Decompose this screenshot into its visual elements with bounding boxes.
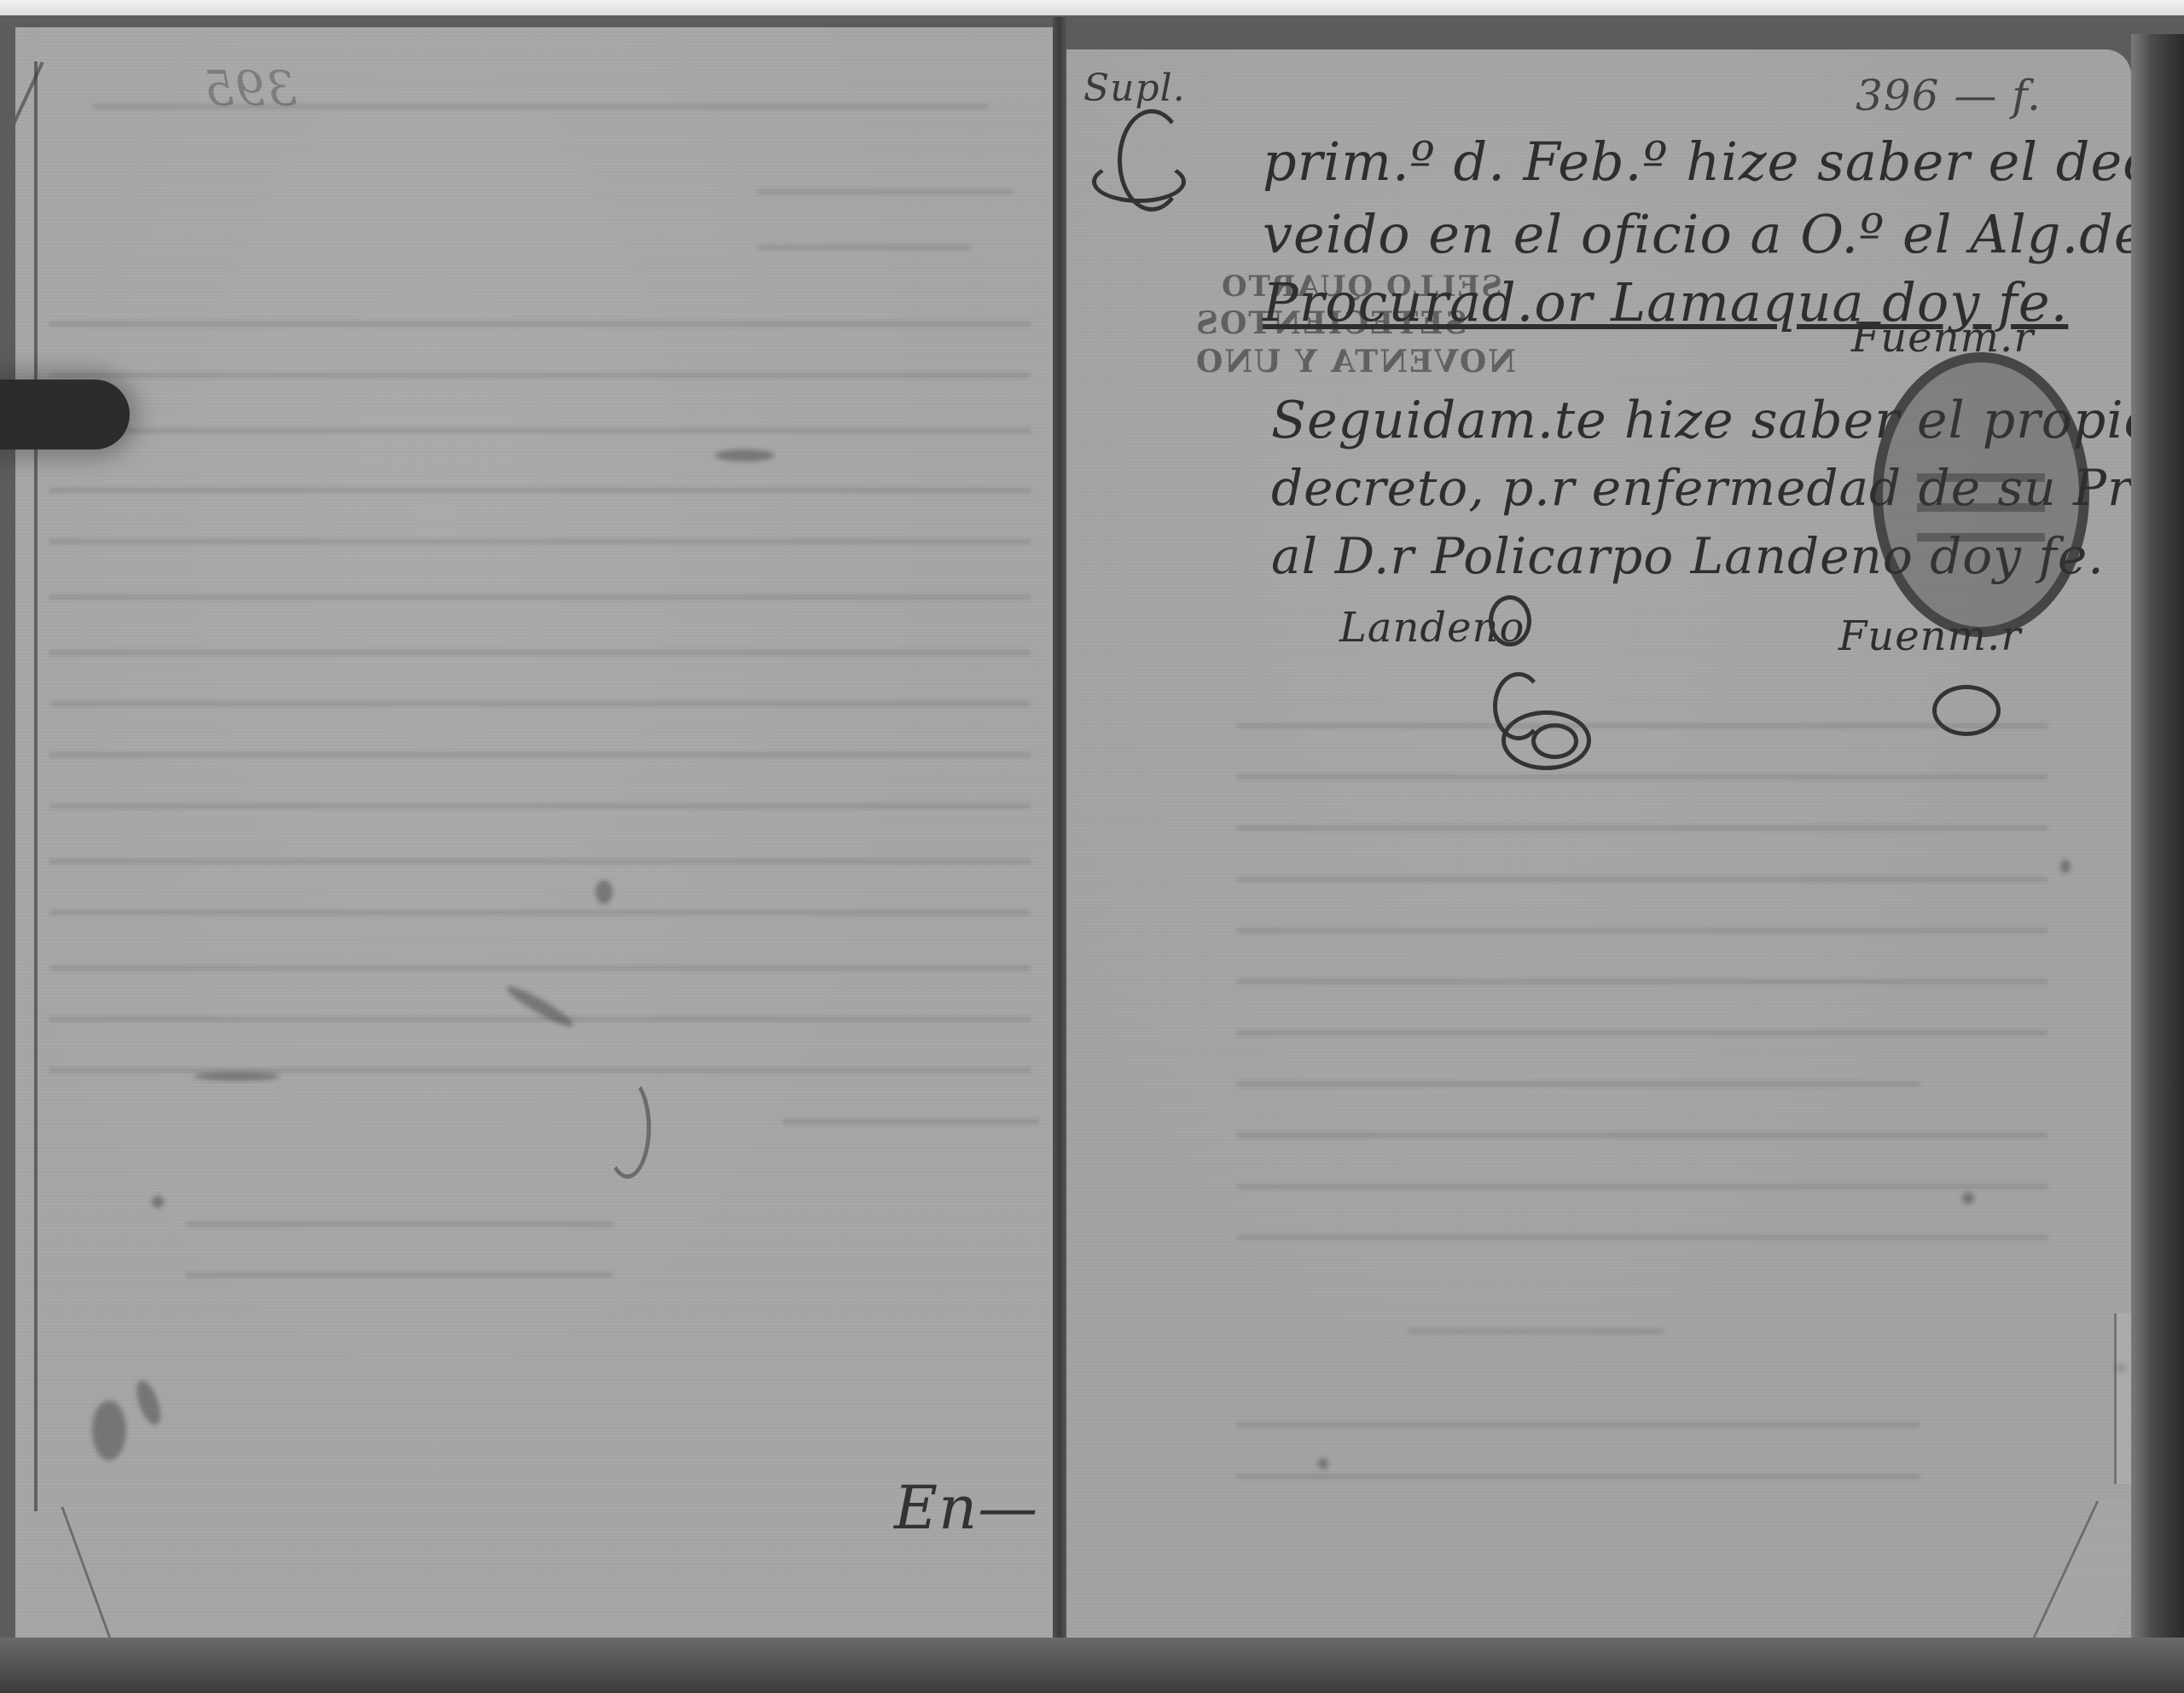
paragraph-1-line-2: veido en el oficio a O.º el Alg.de Mayor… [1263,203,2131,265]
bleed-line [49,594,1031,600]
bleed-line [49,373,1031,378]
bleed-line [1237,1133,2047,1138]
ink-dot [152,1196,164,1208]
ink-flourish [604,1076,651,1179]
bleed-line [1237,1235,2047,1240]
bleed-line [1237,1184,2047,1189]
margin-note: Supl. [1083,67,1186,110]
corner-fold [15,1507,123,1644]
bleed-line [1237,928,2047,933]
bleed-line [1237,979,2047,984]
bleed-line [1237,1030,2047,1035]
stain [131,1377,165,1428]
bleed-line [49,910,1031,915]
bleed-line [1237,1423,1920,1428]
bleed-line [49,859,1031,864]
seal-text-line [1917,533,2045,542]
ink-mark [503,982,577,1032]
bleed-line [92,104,988,109]
bottom-frame [0,1638,2184,1693]
bleed-line [49,1068,1031,1073]
bleed-line [783,1119,1039,1124]
seal-text-line [1917,473,2045,482]
bleed-line [758,245,971,250]
stain [92,1400,126,1460]
signature-fuenmayor-2: Fuenm.r [1838,612,2021,660]
bleed-line [1408,1329,1664,1334]
bleed-line [49,701,1031,706]
bleed-line [49,322,1031,327]
bleed-line [49,965,1031,971]
ink-dot [1962,1192,1974,1204]
signature-flourish [1531,723,1578,759]
signature-flourish [1932,685,2001,736]
bleed-line [1237,774,2047,780]
bleed-line [49,803,1031,809]
corner-crease [15,61,44,194]
paragraph-1-line-1: prim.º d. Feb.º hize saber el decreto pr… [1263,130,2131,193]
holding-finger [0,380,130,449]
bleed-line [186,1221,613,1226]
bleed-line [49,1017,1031,1022]
bleed-line [1237,723,2047,728]
ink-mark [195,1072,280,1081]
catchword: En— [894,1473,1038,1543]
ink-mark [715,449,775,461]
bleed-line [758,189,1014,194]
right-frame-edge [2131,34,2184,1655]
seal-text-line [1917,503,2045,512]
bleed-line [49,650,1031,655]
book-spine [1053,17,1066,1638]
stamp-line-3: NOVENTA Y UNO [1194,344,1516,380]
folio-number: 396 — f. [1856,71,2042,120]
page-edge [34,61,38,1511]
signature-flourish [1489,595,1531,646]
notary-seal [1873,352,2089,637]
right-page: SELLO QUARTO SETECIENTOS NOVENTA Y UNO 3… [1066,49,2131,1643]
left-page: 395 En— [15,27,1063,1644]
bleed-line [1237,1474,1920,1479]
ink-dot [595,880,613,904]
bleed-line [186,1273,613,1278]
signature-fuenmayor-1: Fuenm.r [1851,314,2034,362]
bleed-line [118,428,1031,433]
bleed-line [49,752,1031,757]
bleed-line [1237,826,2047,831]
ink-dot [1318,1458,1328,1469]
bleed-line [1237,1081,1920,1087]
bleed-line [1237,877,2047,882]
margin-flourish [1092,160,1186,203]
bleed-line [49,488,1031,493]
bleed-line [49,539,1031,544]
ink-dot [2060,860,2071,873]
